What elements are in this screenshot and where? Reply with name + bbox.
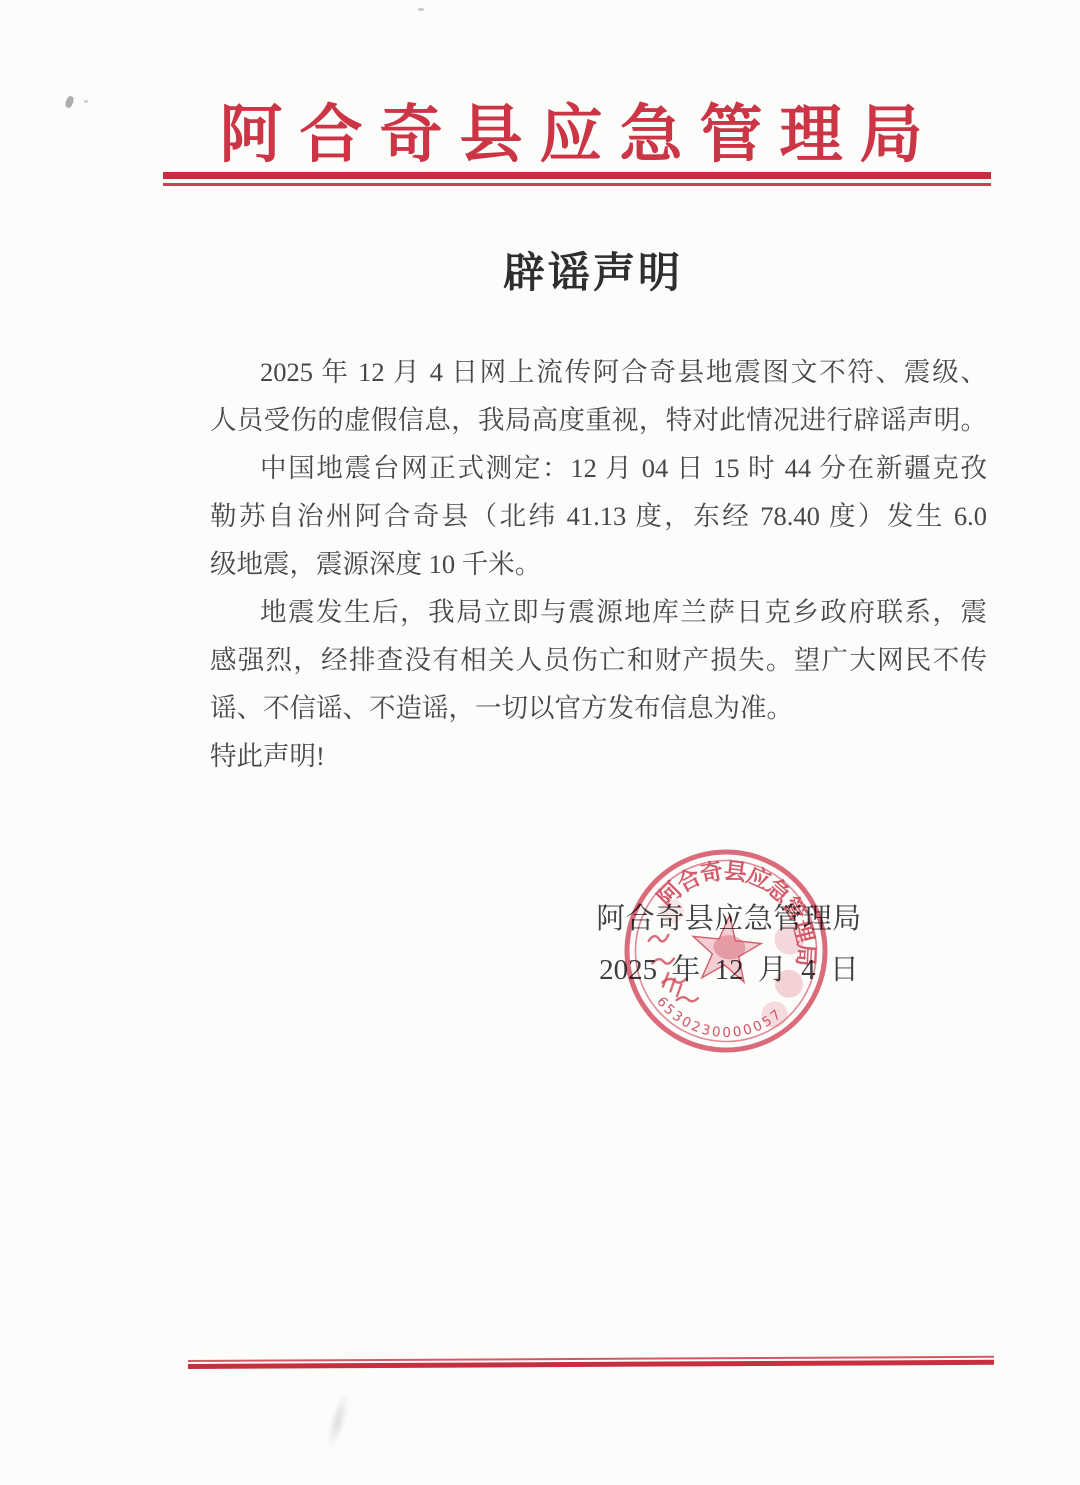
scan-smudge <box>323 1391 353 1451</box>
body-line: 人员受伤的虚假信息，我局高度重视，特对此情况进行辟谣声明。 <box>210 396 987 444</box>
body-line: 2025 年 12 月 4 日网上流传阿合奇县地震图文不符、震级、 <box>210 348 987 396</box>
document-title: 辟谣声明 <box>183 240 1003 300</box>
body-line: 谣、不信谣、不造谣，一切以官方发布信息为准。 <box>210 684 987 732</box>
official-seal-icon: 阿合奇县应急管理局 6530230000057 <box>610 835 843 1068</box>
scanned-document-page: 阿合奇县应急管理局 辟谣声明 2025 年 12 月 4 日网上流传阿合奇县地震… <box>0 0 1080 1485</box>
body-line: 中国地震台网正式测定：12 月 04 日 15 时 44 分在新疆克孜 <box>210 444 987 492</box>
letterhead-rule-thick <box>163 172 991 179</box>
body-line: 级地震，震源深度 10 千米。 <box>210 540 987 588</box>
closing-line: 特此声明! <box>210 732 987 780</box>
seal-script-squiggles <box>643 933 704 1002</box>
body-line: 地震发生后，我局立即与震源地库兰萨日克乡政府联系，震 <box>210 588 987 636</box>
document-body: 2025 年 12 月 4 日网上流传阿合奇县地震图文不符、震级、 人员受伤的虚… <box>210 348 987 780</box>
footer-rule <box>188 1356 994 1369</box>
scan-speck <box>418 8 424 11</box>
letterhead-title: 阿合奇县应急管理局 <box>165 84 977 175</box>
scan-speck <box>84 100 88 103</box>
scan-speck <box>64 95 75 109</box>
body-line: 感强烈，经排查没有相关人员伤亡和财产损失。望广大网民不传 <box>210 636 987 684</box>
letterhead-rule-thin <box>163 183 991 186</box>
body-line: 勒苏自治州阿合奇县（北纬 41.13 度，东经 78.40 度）发生 6.0 <box>210 492 987 540</box>
seal-smudge <box>774 968 805 999</box>
